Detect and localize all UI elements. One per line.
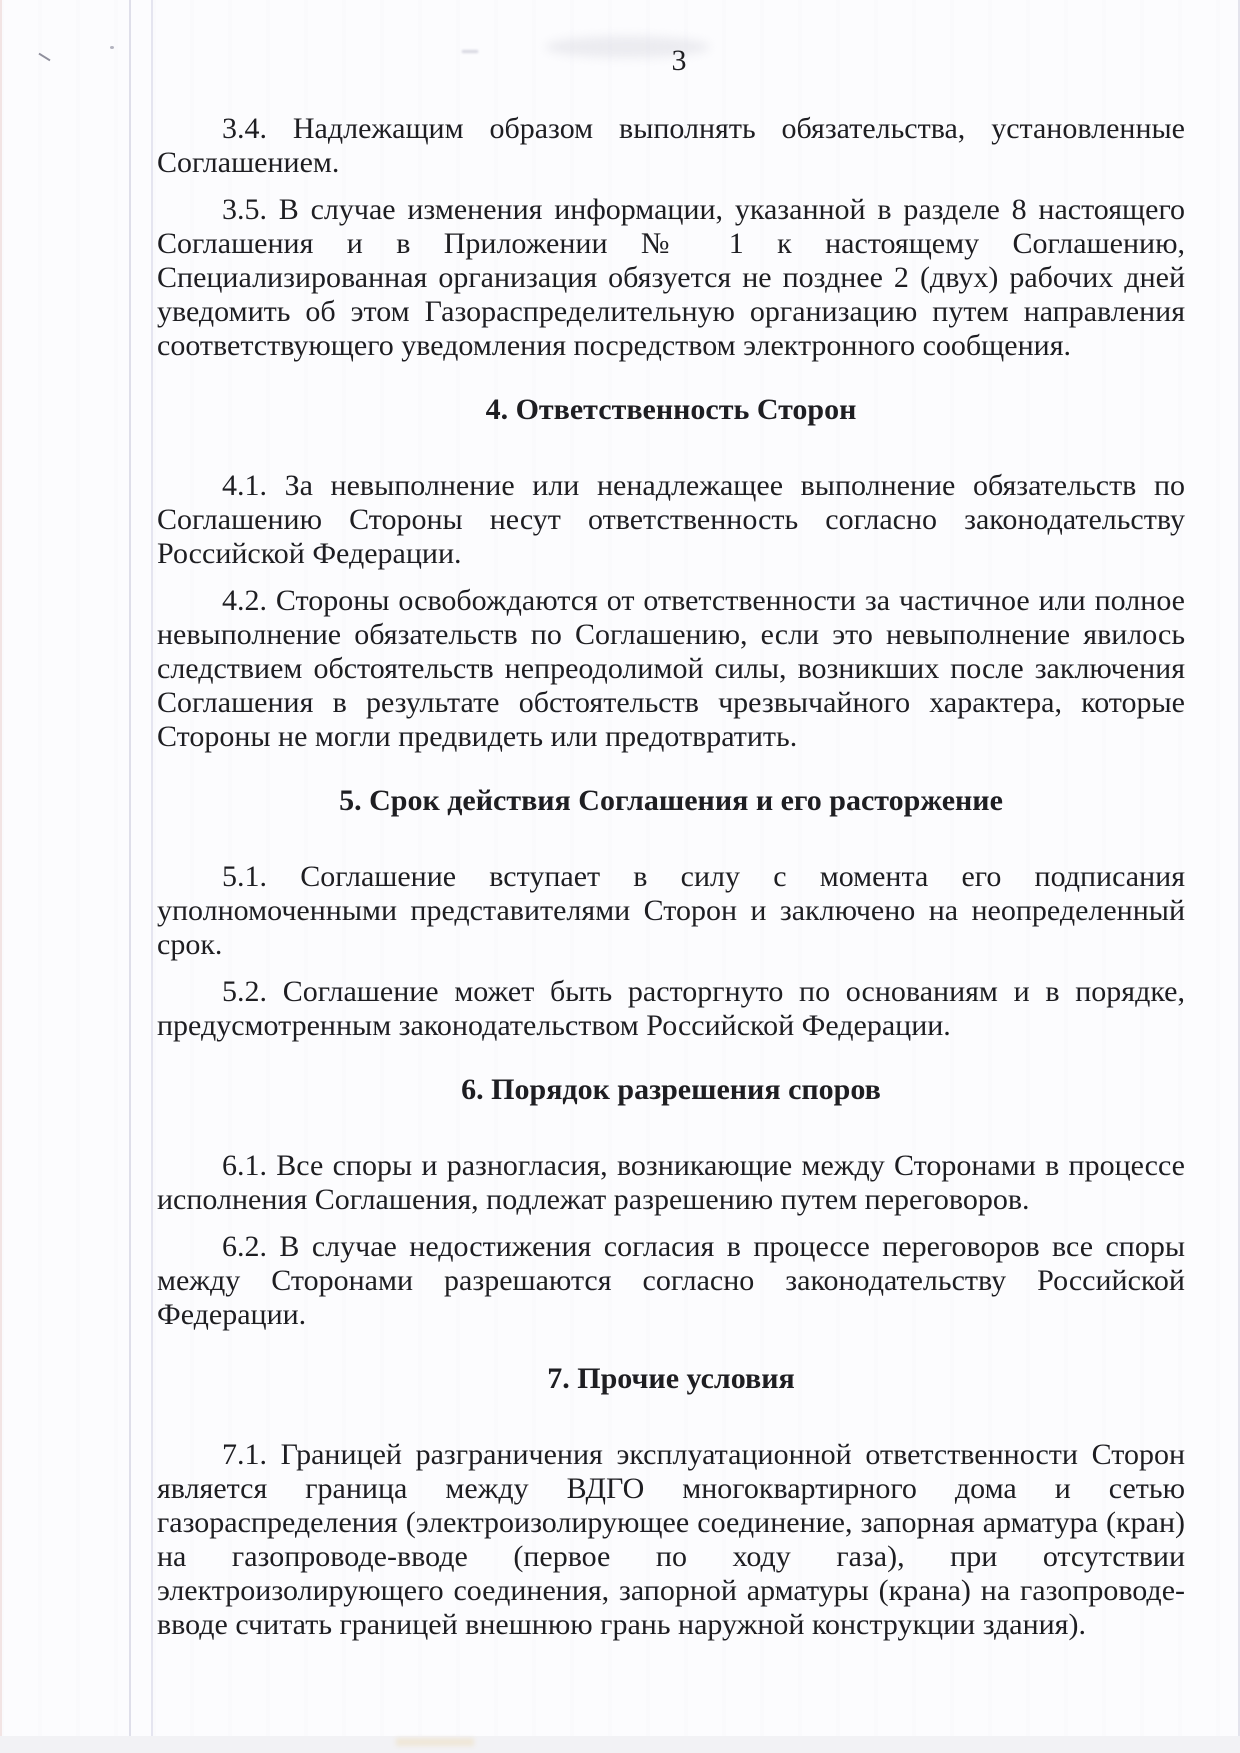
document-body: 3.4. Надлежащим образом выполнять обязат…: [157, 112, 1185, 1655]
section-7-heading: 7. Прочие условия: [157, 1362, 1185, 1396]
section-6-heading: 6. Порядок разрешения споров: [157, 1073, 1185, 1107]
clause-6-2: 6.2. В случае недостижения согласия в пр…: [157, 1230, 1185, 1332]
page-number: 3: [664, 44, 694, 78]
clause-4-2: 4.2. Стороны освобождаются от ответствен…: [157, 584, 1185, 754]
scanned-document-page: 3 3.4. Надлежащим образом выполнять обяз…: [0, 0, 1240, 1753]
clause-3-4: 3.4. Надлежащим образом выполнять обязат…: [157, 112, 1185, 180]
scan-speck-tick: [38, 53, 50, 62]
clause-5-1: 5.1. Соглашение вступает в силу с момент…: [157, 860, 1185, 962]
clause-3-5: 3.5. В случае изменения информации, указ…: [157, 193, 1185, 363]
scan-fold-line-left-2: [151, 0, 153, 1736]
scan-fold-line-left-1: [129, 0, 131, 1736]
scan-edge-left: [0, 0, 2, 1736]
clause-7-1: 7.1. Границей разграничения эксплуатацио…: [157, 1438, 1185, 1642]
scan-bottom-shadow: [0, 1736, 1240, 1753]
clause-6-1: 6.1. Все споры и разногласия, возникающи…: [157, 1149, 1185, 1217]
scan-speck-dash: [462, 50, 478, 53]
scan-bottom-smudge: [396, 1738, 474, 1746]
section-4-heading: 4. Ответственность Сторон: [157, 393, 1185, 427]
clause-5-2: 5.2. Соглашение может быть расторгнуто п…: [157, 975, 1185, 1043]
scan-speck-dot: [110, 46, 114, 49]
section-5-heading: 5. Срок действия Соглашения и его растор…: [157, 784, 1185, 818]
clause-4-1: 4.1. За невыполнение или ненадлежащее вы…: [157, 469, 1185, 571]
